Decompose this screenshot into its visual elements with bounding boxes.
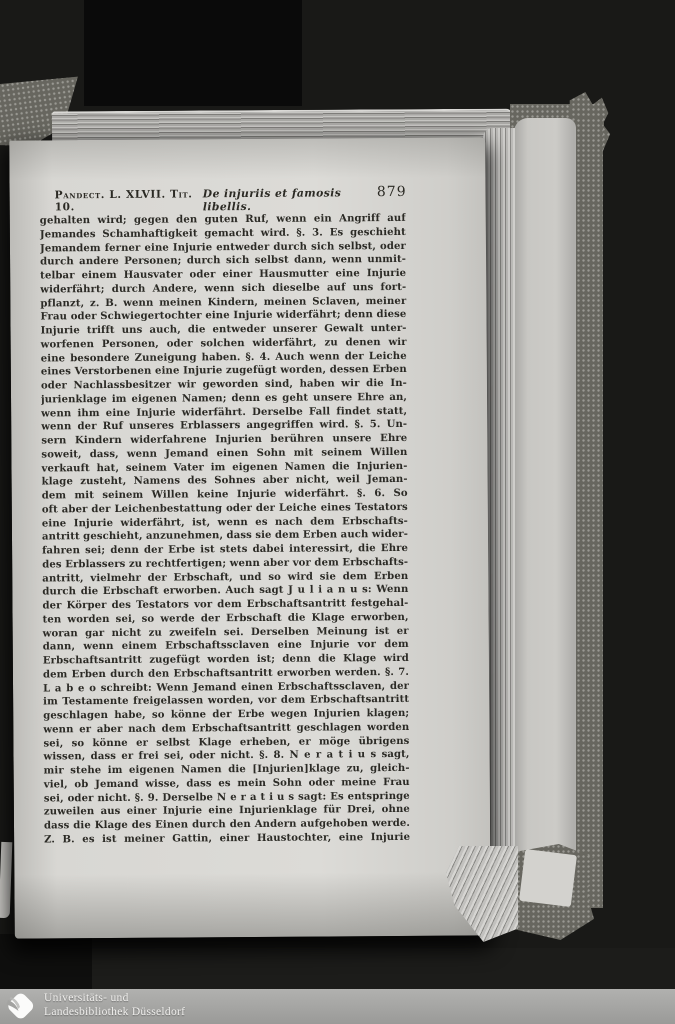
page-sliver-bottom-right: [519, 849, 577, 907]
background-patch: [92, 948, 675, 990]
page-header: Pandect. L. XLVII. Tit. 10. De injuriis …: [55, 184, 407, 214]
page-sliver-bottom-left: [0, 842, 12, 918]
running-title: Pandect. L. XLVII. Tit. 10.: [55, 188, 203, 213]
library-name-line2: Landesbibliothek Düsseldorf: [44, 1005, 185, 1019]
library-name: Universitäts- und Landesbibliothek Düsse…: [44, 991, 185, 1019]
body-text: gehalten wird; gegen den guten Ruf, wenn…: [40, 212, 410, 847]
book-cover-right-edge: [576, 118, 603, 908]
library-watermark-bar: Universitäts- und Landesbibliothek Düsse…: [0, 989, 675, 1024]
background-shadow-block: [84, 0, 302, 106]
library-name-line1: Universitäts- und: [44, 991, 185, 1005]
book-scan-photo: Pandect. L. XLVII. Tit. 10. De injuriis …: [0, 0, 675, 1024]
text-line: Z. B. es ist meiner Gattin, einer Hausto…: [44, 831, 410, 847]
page-number: 879: [377, 184, 407, 200]
page-block-fore-edge: [514, 118, 576, 908]
ulb-duesseldorf-logo-icon: [3, 990, 37, 1023]
chapter-title-latin: De injuriis et famosis libellis.: [203, 186, 377, 213]
book-page: Pandect. L. XLVII. Tit. 10. De injuriis …: [9, 137, 491, 938]
background-shadow-patch: [0, 934, 92, 990]
